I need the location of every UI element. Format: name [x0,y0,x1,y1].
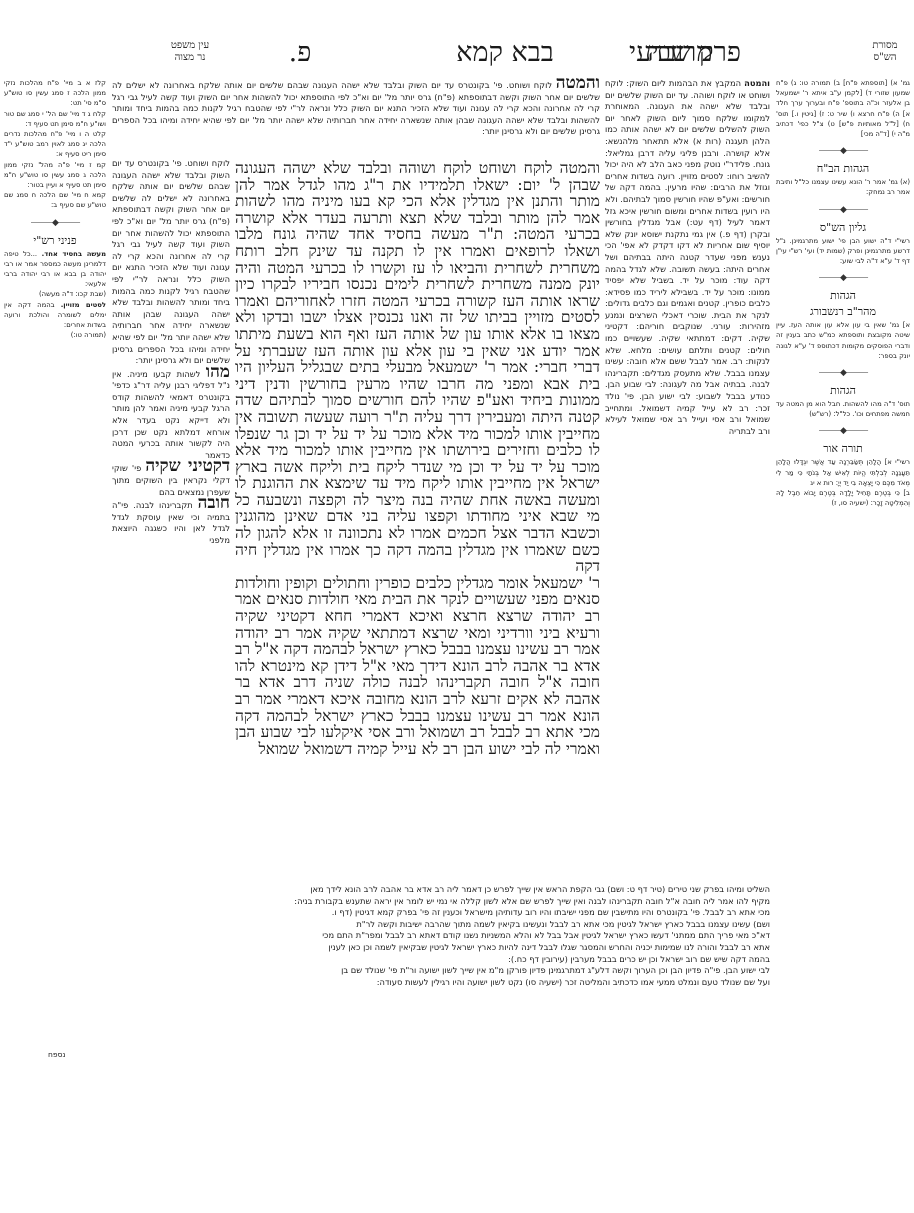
gilyon-hashas-title: גליון הש"ס [776,220,910,236]
ornament-divider-icon: ⸻◆⸻ [4,217,106,229]
masoret-label: מסורת [860,40,910,52]
bottom-tosafot-line: דא"כ מאי פריך התם ממתני' דעשו כארץ ישראל… [110,930,770,942]
gemara-paragraph: והמטה לוקח ושוחט לוקח ושוהה ובלבד שלא יש… [235,160,600,575]
gilyon-hashas-text: רשי"י ד"ה ישוע הבן פי' ישוע מתרגמינן. נ"… [776,236,910,267]
colophon: נספח [48,1050,65,1059]
ornament-divider-icon: ⸻◆⸻ [776,145,910,157]
gemara-paragraph: ר' ישמעאל אומר מגדלין כלבים כופרין וחתול… [235,575,600,758]
bottom-tosafot: השליט ומיהו בפרק שני טירים (טיר דף ט: וש… [110,884,770,1014]
ein-mishpat-entry: קמא ח מיי' שם הלכה ח סמג שם טוש"ע שם סעי… [4,190,106,210]
masoret-hashas-block: גמ' א) [תוספתא פ"ח] ב) תמורה טו: ג) פ"ח … [776,78,910,139]
ner-mitzvah-label: נר מצוה [150,52,230,64]
rashi-dh-3: דקטיני שקיה [145,456,230,476]
right-margin: גמ' א) [תוספתא פ"ח] ב) תמורה טו: ג) פ"ח … [776,78,910,1018]
hagahot-maharav-subtitle: מהר"ב רנשבורג [776,304,910,320]
bottom-tosafot-line: השליט ומיהו בפרק שני טירים (טיר דף ט: וש… [110,884,770,896]
chapter-name: מרובה [620,38,740,68]
bottom-tosafot-line: ועל שם שנולד טעם ונמלט ממעי אמו כדכתיב ו… [110,977,770,989]
rashi-column: לוקח ושוחט. פי' בקונטרס עד יום השוק ובלב… [112,78,230,878]
bottom-tosafot-line: בהמה דקה שיש שם רוב ישראל וכן יש כרים בב… [110,954,770,966]
talmud-page: עין משפט נר מצוה פ. בבא קמא פרק שביעי מס… [0,0,914,1213]
left-margin: קלז א ב מיי' פ"ח מהלכות נזקי ממון הלכה ז… [4,78,106,378]
ein-mishpat-heading: עין משפט נר מצוה [150,40,230,64]
hagahot-habach-text: (א) גמ' אמר ר' הונא עשינו עצמנו כל"ל ותי… [776,177,910,197]
bottom-tosafot-line: ושם) עשינו עצמנו בבבל כארץ ישראל לגיטין … [110,919,770,931]
hagahot-habach-title: הגהות הב"ח [776,161,910,177]
page-number: פ. [270,38,330,68]
hagahot-maharav-text: א] גמ' שאין בי עון אלא עון אותה העז. עיי… [776,320,910,361]
ornament-divider-icon: ⸻◆⸻ [776,425,910,437]
tosafot-column: והמטה המקבץ את הבהמות ליום השוק: לוקח וש… [605,78,770,878]
ornament-divider-icon: ⸻◆⸻ [776,204,910,216]
page-header: עין משפט נר מצוה פ. בבא קמא פרק שביעי מס… [0,38,914,78]
bottom-tosafot-line: אתא רב לבבל והורה לנו שמימות יכניה והחרש… [110,942,770,954]
penei-rashi-dh: מעשה בחסיד אחד. [42,250,106,258]
bottom-tosafot-line: מקיף להו אמר ליה חובה א"ל חובה תקברינהו … [110,896,770,908]
rashi-top-block: והמטה לוקח ושוחט. פי' בקונטרס עד יום השו… [112,78,600,156]
penei-rashi-dh-2: לסטים מזויין. [61,301,106,309]
rashi-text: לוקח ושוחט. פי' בקונטרס עד יום השוק ובלב… [112,158,230,367]
ein-mishpat-entry: קלח ג ד מיי' שם הל' י סמג שם טור ושו"ע ח… [4,109,106,129]
rashi-opening-text: לוקח ושוחט. פי' בקונטרס עד יום השוק ובלב… [112,80,600,136]
bottom-tosafot-line: לבי ישוע הבן. פי"ה פדיון הבן וכן הערוך ו… [110,965,770,977]
rashi-dh-4: חובה [198,493,230,513]
hagahot-maharav-title: הגהות [776,288,910,304]
hashas-label: הש"ס [860,52,910,64]
tosafot-text: המקבץ את הבהמות ליום השוק: לוקח ושוחט או… [605,78,770,436]
rashi-text-2: לשהות קבעו מיניה. אין נ"ל דפליגי רבנן על… [112,369,230,460]
ornament-divider-icon: ⸻◆⸻ [776,367,910,379]
ein-mishpat-entry: קלט ה ו מיי' פ"ח מהלכות נדרים הלכה יג סמ… [4,129,106,160]
bottom-tosafot-line: מכי אתא רב לבבל. פי' בקונטרס והיו מתישבי… [110,907,770,919]
ein-mishpat-label: עין משפט [150,40,230,52]
ornament-divider-icon: ⸻◆⸻ [776,272,910,284]
ein-mishpat-entry: קלז א ב מיי' פ"ח מהלכות נזקי ממון הלכה ז… [4,78,106,109]
hagahot-tosafot-text: תוס' ד"ה מהו להשהות. חבל הוא מן המטה עד … [776,399,910,419]
torah-or-title: תורה אור [776,441,910,457]
ein-mishpat-entry: קמ ז מיי' פ"ה מהל' נזקי ממון הלכה ג סמג … [4,160,106,191]
tractate-title: בבא קמא [430,38,580,68]
penei-rashi-source: (שבת קכו: ד"ה מעשה) [4,289,106,299]
hagahot-tosafot-title: הגהות [776,383,910,399]
torah-or-text: רשי"י א] הֲלָהֵן תְּשַׂבֵּרְנָה עַד אֲשֶ… [776,457,910,488]
penei-rashi-title: פניני רש"י [4,233,106,249]
masoret-heading: מסורת הש"ס [860,40,910,64]
tosafot-dibbur-hamatchil: והמטה [744,78,770,88]
gemara-text: והמטה לוקח ושוחט לוקח ושוהה ובלבד שלא יש… [235,160,600,850]
torah-or-text-2: ב] כִּי בְּטֶרֶם תָּחִיל יָלָדָה בְּטֶרֶ… [776,488,910,508]
rashi-dh-2: מהו [206,362,230,382]
penei-rashi-source-2: (תמורה טו:) [4,330,106,340]
